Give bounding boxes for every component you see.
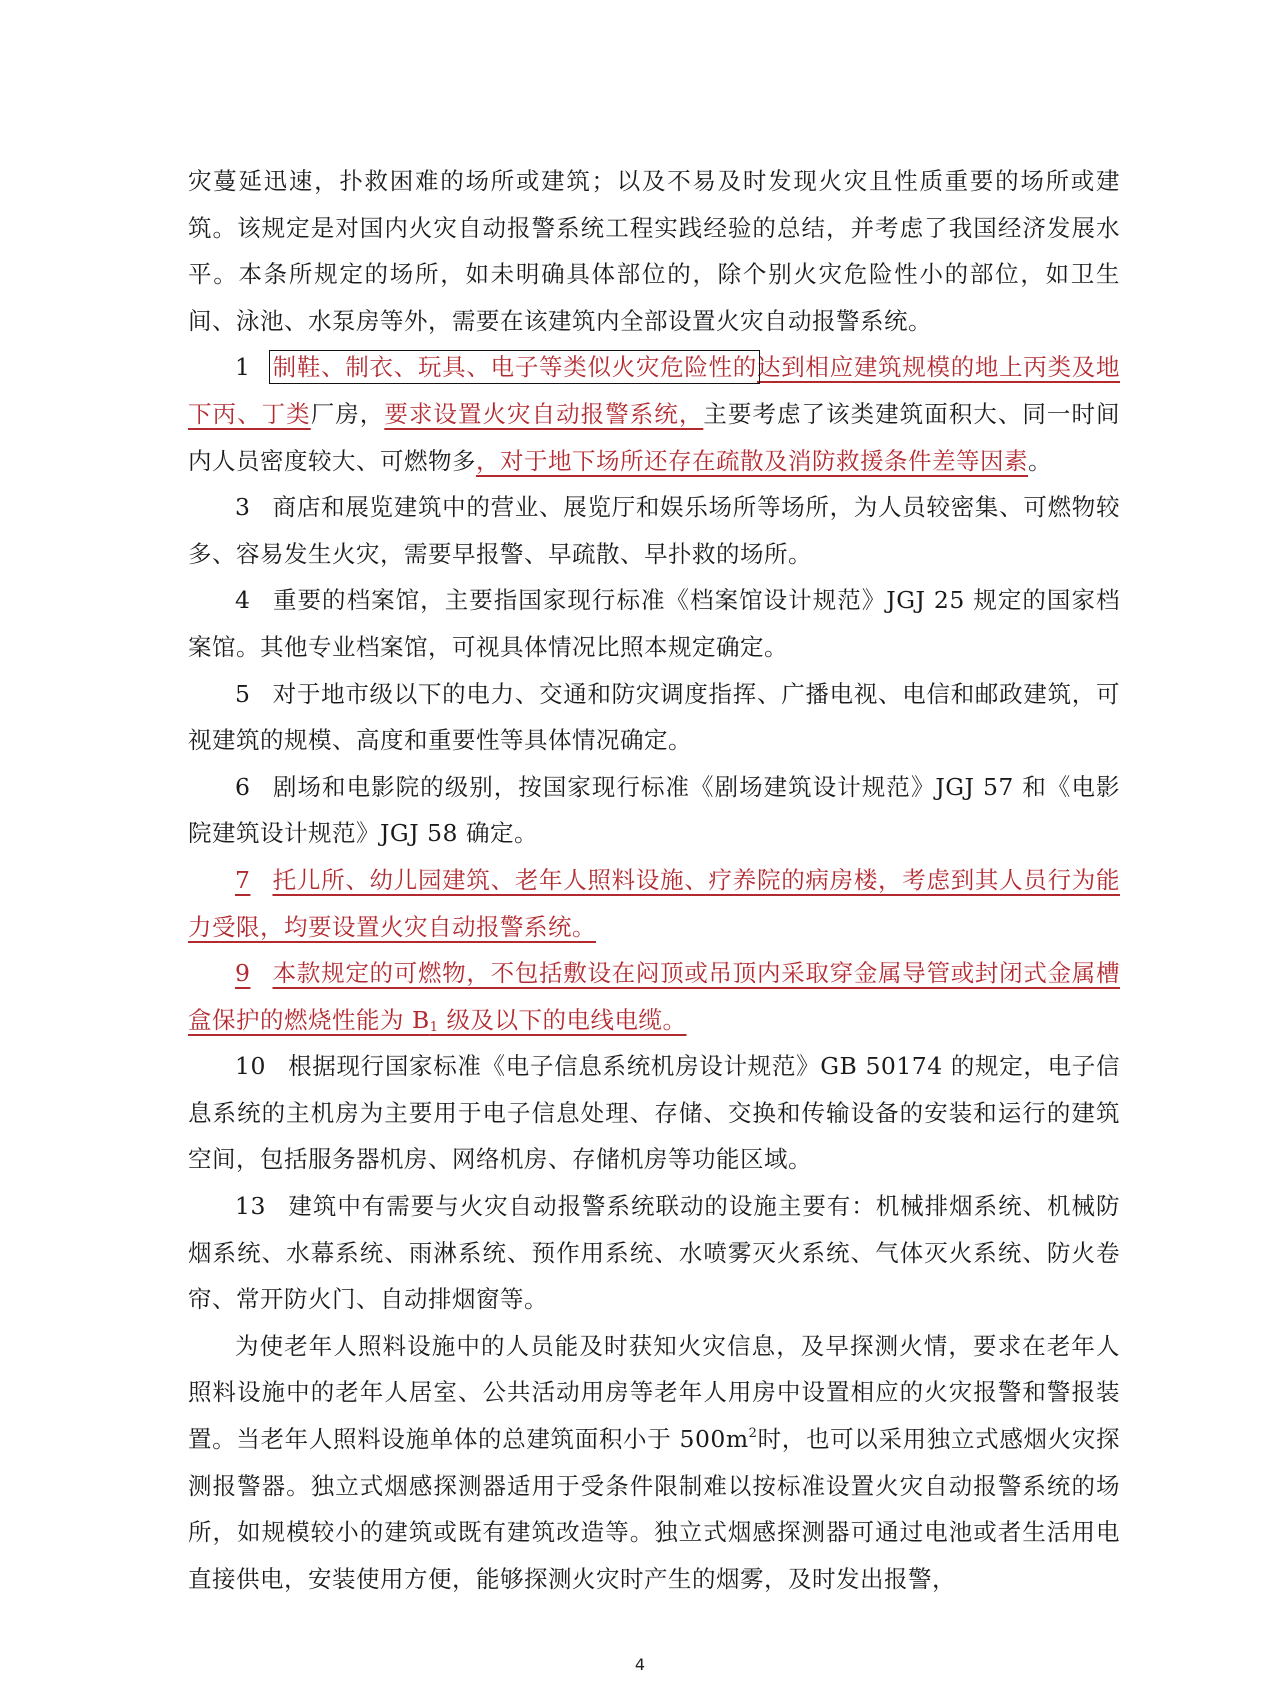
item-number: 10	[235, 1052, 266, 1080]
paragraph-item-10: 10根据现行国家标准《电子信息系统机房设计规范》GB 50174 的规定，电子信…	[188, 1043, 1120, 1183]
item-number: 4	[235, 586, 250, 614]
plain-text: 。	[1028, 447, 1052, 475]
item-text: 剧场和电影院的级别，按国家现行标准《剧场建筑设计规范》JGJ 57 和《电影院建…	[188, 773, 1120, 848]
item-number: 1	[235, 353, 250, 381]
item-number: 13	[235, 1192, 266, 1220]
item-number: 3	[235, 493, 250, 521]
paragraph-intro-continuation: 灾蔓延迅速，扑救困难的场所或建筑；以及不易及时发现火灾且性质重要的场所或建筑。该…	[188, 158, 1120, 344]
paragraph-item-5: 5对于地市级以下的电力、交通和防灾调度指挥、广播电视、电信和邮政建筑，可视建筑的…	[188, 671, 1120, 764]
item-text: 根据现行国家标准《电子信息系统机房设计规范》GB 50174 的规定，电子信息系…	[188, 1052, 1120, 1173]
boxed-annotation: 制鞋、制衣、玩具、电子等类似火灾危险性的	[272, 353, 757, 381]
paragraph-elderly-care: 为使老年人照料设施中的人员能及时获知火灾信息，及早探测火情，要求在老年人照料设施…	[188, 1323, 1120, 1603]
revision-underlined-text: ，对于地下场所还存在疏散及消防救援条件差等因素	[476, 447, 1028, 475]
item-number: 6	[235, 773, 250, 801]
item-number: 7	[235, 866, 250, 894]
item-text: 重要的档案馆，主要指国家现行标准《档案馆设计规范》JGJ 25 规定的国家档案馆…	[188, 586, 1120, 661]
item-text: 级及以下的电线电缆。	[439, 1006, 687, 1034]
item-number: 5	[235, 680, 250, 708]
item-text: 商店和展览建筑中的营业、展览厅和娱乐场所等场所，为人员较密集、可燃物较多、容易发…	[188, 493, 1120, 568]
paragraph-item-9-revision: 9本款规定的可燃物，不包括敷设在闷顶或吊顶内采取穿金属导管或封闭式金属槽盒保护的…	[188, 950, 1120, 1043]
paragraph-item-13: 13建筑中有需要与火灾自动报警系统联动的设施主要有：机械排烟系统、机械防烟系统、…	[188, 1183, 1120, 1323]
plain-text: 厂房，	[311, 400, 385, 428]
item-text: 建筑中有需要与火灾自动报警系统联动的设施主要有：机械排烟系统、机械防烟系统、水幕…	[188, 1192, 1120, 1313]
revision-underlined-text: 要求设置火灾自动报警系统，	[384, 400, 703, 428]
paragraph-item-1: 1制鞋、制衣、玩具、电子等类似火灾危险性的达到相应建筑规模的地上丙类及地下丙、丁…	[188, 344, 1120, 484]
document-page-body: 灾蔓延迅速，扑救困难的场所或建筑；以及不易及时发现火灾且性质重要的场所或建筑。该…	[188, 158, 1120, 1602]
subscript: 1	[430, 1020, 439, 1035]
item-text: 对于地市级以下的电力、交通和防灾调度指挥、广播电视、电信和邮政建筑，可视建筑的规…	[188, 680, 1120, 755]
paragraph-item-4: 4重要的档案馆，主要指国家现行标准《档案馆设计规范》JGJ 25 规定的国家档案…	[188, 577, 1120, 670]
paragraph-item-6: 6剧场和电影院的级别，按国家现行标准《剧场建筑设计规范》JGJ 57 和《电影院…	[188, 764, 1120, 857]
page-number: 4	[0, 1655, 1280, 1674]
paragraph-item-3: 3商店和展览建筑中的营业、展览厅和娱乐场所等场所，为人员较密集、可燃物较多、容易…	[188, 484, 1120, 577]
item-number: 9	[235, 959, 250, 987]
item-text: 托儿所、幼儿园建筑、老年人照料设施、疗养院的病房楼，考虑到其人员行为能力受限，均…	[188, 866, 1120, 941]
paragraph-item-7-revision: 7托儿所、幼儿园建筑、老年人照料设施、疗养院的病房楼，考虑到其人员行为能力受限，…	[188, 857, 1120, 950]
